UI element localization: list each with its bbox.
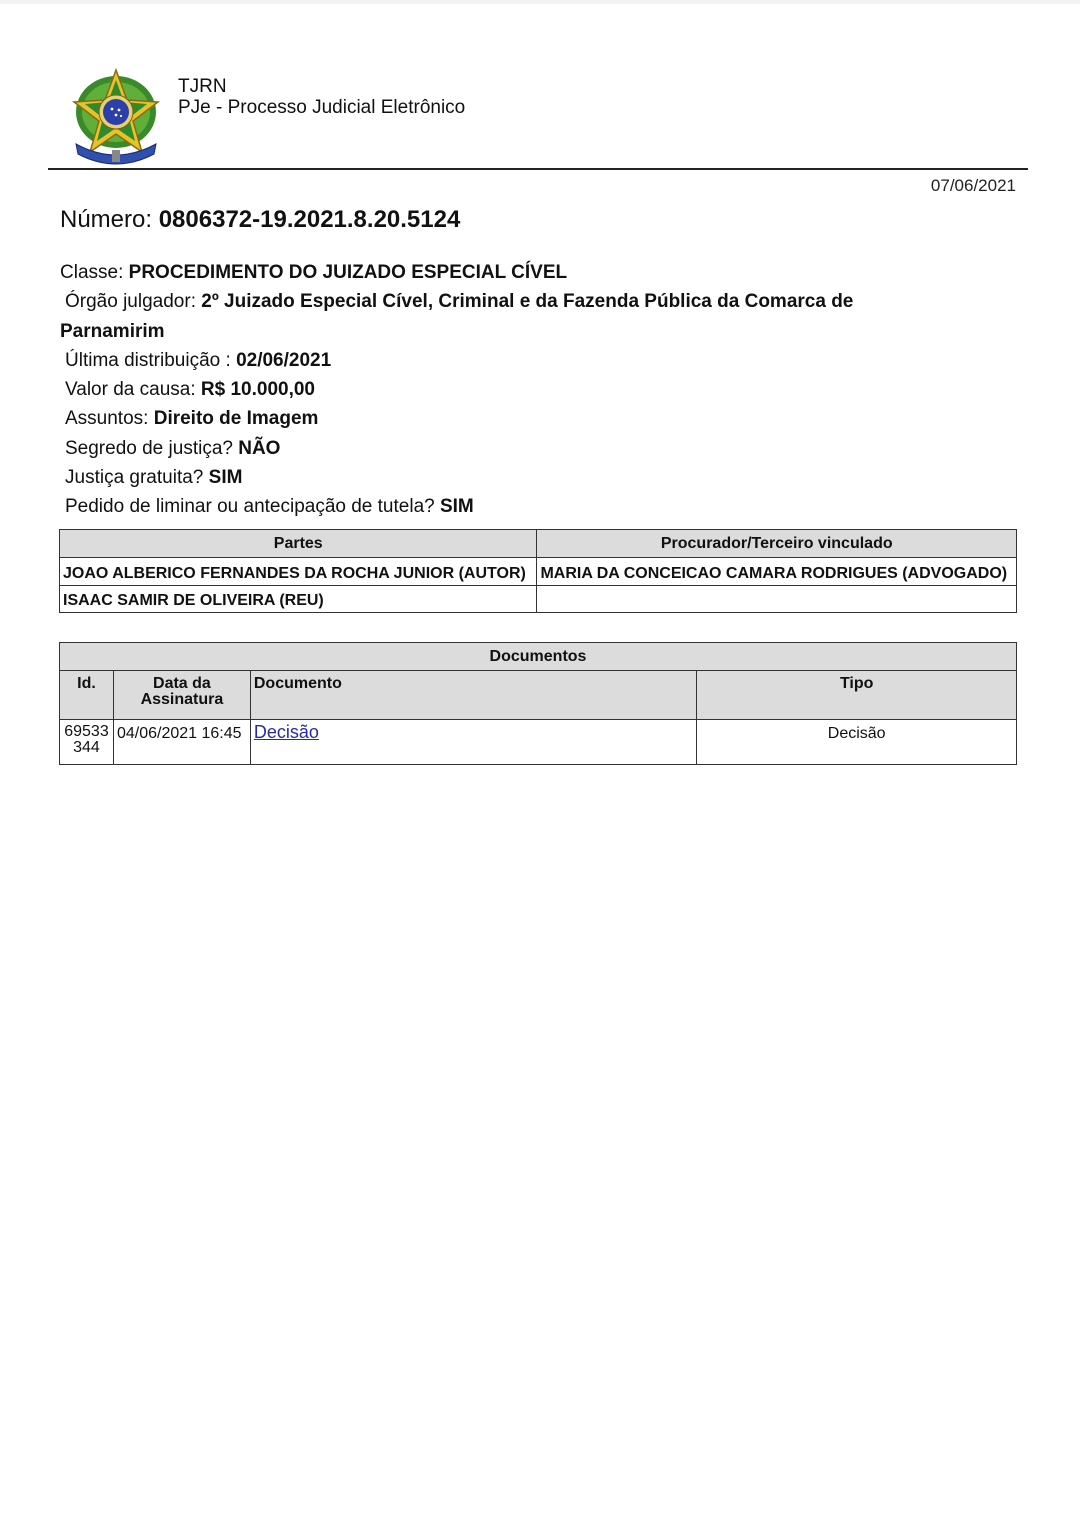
liminar-value: SIM — [440, 496, 474, 517]
partes-header-row: Partes Procurador/Terceiro vinculado — [60, 530, 1017, 558]
procurador-header: Procurador/Terceiro vinculado — [537, 530, 1017, 558]
header-text: TJRN PJe - Processo Judicial Eletrônico — [178, 76, 465, 118]
tipo-header: Tipo — [697, 671, 1017, 720]
process-number-value: 0806372-19.2021.8.20.5124 — [159, 206, 461, 233]
id-cell: 69533344 — [60, 720, 114, 765]
document-header: TJRN PJe - Processo Judicial Eletrônico — [70, 66, 1030, 166]
documentos-title: Documentos — [60, 643, 1017, 671]
classe-label: Classe: — [60, 262, 123, 283]
table-row: 69533344 04/06/2021 16:45 Decisão Decisã… — [60, 720, 1017, 765]
info-gratuita: Justiça gratuita? SIM — [60, 463, 1020, 492]
partes-table: Partes Procurador/Terceiro vinculado JOA… — [59, 529, 1017, 613]
process-number-label: Número: — [60, 206, 152, 233]
info-liminar: Pedido de liminar ou antecipação de tute… — [60, 492, 1020, 521]
top-strip — [0, 0, 1080, 4]
header-divider — [48, 168, 1028, 170]
orgao-label: Órgão julgador: — [60, 291, 196, 312]
table-row: JOAO ALBERICO FERNANDES DA ROCHA JUNIOR … — [60, 558, 1017, 586]
segredo-value: NÃO — [238, 438, 280, 459]
valor-value: R$ 10.000,00 — [201, 379, 315, 400]
procurador-cell — [537, 586, 1017, 613]
table-row: ISAAC SAMIR DE OLIVEIRA (REU) — [60, 586, 1017, 613]
document-date: 07/06/2021 — [931, 176, 1016, 196]
parte-cell: ISAAC SAMIR DE OLIVEIRA (REU) — [60, 586, 537, 613]
documentos-table: Documentos Id. Data da Assinatura Docume… — [59, 642, 1017, 765]
partes-header: Partes — [60, 530, 537, 558]
procurador-cell: MARIA DA CONCEICAO CAMARA RODRIGUES (ADV… — [537, 558, 1017, 586]
info-valor: Valor da causa: R$ 10.000,00 — [60, 375, 1020, 404]
gratuita-value: SIM — [209, 467, 243, 488]
assuntos-label: Assuntos: — [65, 408, 148, 429]
segredo-label: Segredo de justiça? — [65, 438, 233, 459]
system-name: PJe - Processo Judicial Eletrônico — [178, 97, 465, 118]
data-cell: 04/06/2021 16:45 — [113, 720, 250, 765]
info-distribuicao: Última distribuição : 02/06/2021 — [60, 346, 1020, 375]
classe-value: PROCEDIMENTO DO JUIZADO ESPECIAL CÍVEL — [129, 262, 567, 283]
info-segredo: Segredo de justiça? NÃO — [60, 434, 1020, 463]
parte-cell: JOAO ALBERICO FERNANDES DA ROCHA JUNIOR … — [60, 558, 537, 586]
documento-header: Documento — [250, 671, 696, 720]
documento-cell: Decisão — [250, 720, 696, 765]
org-name: TJRN — [178, 76, 465, 97]
documentos-title-row: Documentos — [60, 643, 1017, 671]
documento-link[interactable]: Decisão — [254, 722, 319, 742]
gratuita-label: Justiça gratuita? — [65, 467, 203, 488]
distribuicao-label: Última distribuição : — [65, 350, 231, 371]
documentos-header-row: Id. Data da Assinatura Documento Tipo — [60, 671, 1017, 720]
process-info: Classe: PROCEDIMENTO DO JUIZADO ESPECIAL… — [60, 258, 1020, 522]
valor-label: Valor da causa: — [65, 379, 196, 400]
assuntos-value: Direito de Imagem — [154, 408, 319, 429]
brazil-coat-of-arms-icon — [70, 66, 162, 166]
info-orgao: Órgão julgador: 2º Juizado Especial Cíve… — [60, 287, 910, 346]
info-assuntos: Assuntos: Direito de Imagem — [60, 404, 1020, 433]
distribuicao-value: 02/06/2021 — [236, 350, 331, 371]
info-classe: Classe: PROCEDIMENTO DO JUIZADO ESPECIAL… — [60, 258, 1020, 287]
id-header: Id. — [60, 671, 114, 720]
process-number: Número: 0806372-19.2021.8.20.5124 — [60, 206, 460, 234]
liminar-label: Pedido de liminar ou antecipação de tute… — [65, 496, 435, 517]
data-header: Data da Assinatura — [113, 671, 250, 720]
tipo-cell: Decisão — [697, 720, 1017, 765]
